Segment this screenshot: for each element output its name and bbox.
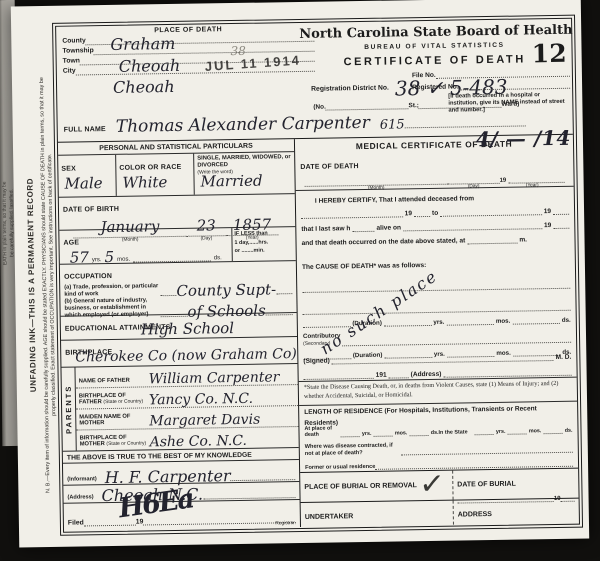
signed-block: (Signed) M. D. 191 (Address) [298, 344, 576, 382]
personal-column: PERSONAL AND STATISTICAL PARTICULARS SEX… [58, 139, 301, 531]
certificate-number: 12 [532, 39, 567, 69]
birthplace-row: BIRTHPLACE Cherokee Co (now Graham Co) [61, 337, 297, 368]
education-value: High School [141, 322, 234, 337]
margin-permanent-record-note: UNFADING INK—THIS IS A PERMANENT RECORD [23, 34, 40, 536]
race-value: White [122, 176, 167, 190]
mother-birthplace-value: Ashe Co. N.C. [150, 435, 247, 449]
occupation-a-label: (a) Trade, profession, or particular kin… [64, 283, 160, 298]
board-header-block: North Carolina State Board of Health BUR… [299, 19, 570, 118]
city-label: City [63, 67, 76, 75]
father-name-label: NAME OF FATHER [79, 378, 149, 387]
certify-block: I HEREBY CERTIFY, That I attended deceas… [296, 187, 575, 261]
death-occurred-text: and that death occurred on the date abov… [301, 237, 465, 247]
town-label: Town [63, 57, 80, 65]
signed-address-label: (Address) [411, 370, 442, 377]
file-no-row: File No. [412, 69, 570, 79]
sex-value: Male [64, 177, 102, 191]
father-birthplace-value: Yancy Co. N.C. [149, 393, 253, 407]
m-label: m. [519, 236, 527, 243]
education-row: EDUCATIONAL ATTAINMENTS High School [61, 313, 297, 341]
marital-value: Married [200, 174, 298, 189]
year-191-label: 191 [376, 371, 387, 378]
signed-label: (Signed) [303, 357, 329, 364]
sex-race-marital-row: SEX Male COLOR OR RACE White SINGLE, MAR… [58, 152, 295, 198]
ds-label: ds. [214, 255, 222, 261]
hospital-note: [If death occurred in a hospital or inst… [448, 92, 570, 116]
yrs-label: yrs. [92, 257, 102, 263]
full-name-label: FULL NAME [64, 126, 106, 134]
marital-label: SINGLE, MARRIED, WIDOWED, or DIVORCED [197, 154, 291, 169]
registrar-label: Registrar. [275, 521, 296, 526]
mother-name-label: MAIDEN NAME OF MOTHER [79, 413, 149, 428]
form-header: PLACE OF DEATH County Graham 38 Township… [56, 19, 573, 143]
bureau-title: BUREAU OF VITAL STATISTICS [299, 41, 569, 52]
town-value: Cheoah [105, 80, 175, 95]
if-less-than-box: IF LESS than 1 day,......hrs. or .......… [231, 227, 296, 261]
cause-label: The CAUSE OF DEATH* was as follows: [302, 259, 570, 270]
registered-no-row: Registered No. [412, 81, 570, 91]
md-label: M. D. [556, 353, 572, 360]
date-of-death-row: DATE OF DEATH (Month) (Day) 19 (Year) [295, 151, 574, 191]
full-name-value: Thomas Alexander Carpenter [106, 116, 370, 135]
medical-annotation: 4/ — /14 [476, 129, 571, 148]
last-saw-suffix: alive on [376, 224, 401, 231]
occupation-label: OCCUPATION [64, 273, 112, 281]
former-residence-label: Former or usual residence [305, 464, 375, 471]
checkmark: ✓ [418, 466, 445, 502]
medical-column: MEDICAL CERTIFICATE OF DEATH 4/ — /14 DA… [295, 135, 579, 527]
death-certificate-document: UNFADING INK—THIS IS A PERMANENT RECORD … [11, 0, 589, 547]
file-no-label: File No. [412, 72, 436, 79]
to-label: to [432, 210, 438, 217]
full-name-number: 615 [370, 119, 405, 131]
parents-section: PARENTS NAME OF FATHER William Carpenter… [61, 364, 298, 452]
sex-cell: SEX Male [58, 155, 117, 197]
township-label: Township [62, 47, 93, 55]
last-saw-prefix: that I last saw h [301, 225, 350, 233]
occupation-row: OCCUPATION (a) Trade, profession, or par… [60, 261, 297, 317]
dob-label: DATE OF BIRTH [63, 206, 119, 214]
age-label: AGE [63, 239, 79, 246]
full-name-row: FULL NAME Thomas Alexander Carpenter 615 [64, 113, 526, 134]
age-years-value: 57 [70, 251, 89, 265]
state-or-country-sublabel: (State or Country) [103, 399, 143, 406]
age-row: AGE 57 yrs. 5 mos. ds. IF LESS than 1 da… [59, 227, 296, 265]
occupation-a-value: County Supt- [176, 283, 276, 298]
form-columns: PERSONAL AND STATISTICAL PARTICULARS SEX… [58, 135, 579, 531]
mos-label: mos. [117, 256, 130, 262]
race-cell: COLOR OR RACE White [116, 154, 195, 196]
date-of-burial-label: DATE OF BURIAL [457, 481, 516, 489]
age-months-value: 5 [104, 251, 114, 265]
date-of-birth-row: DATE OF BIRTH January (Month) 23 (Day) 1… [59, 194, 295, 231]
parents-label: PARENTS [64, 384, 74, 433]
undertaker-address-label: ADDRESS [458, 511, 492, 519]
informant-label: (Informant) [67, 476, 97, 483]
cause-of-death-block: The CAUSE OF DEATH* was as follows: (Dur… [297, 256, 576, 348]
registered-no-label: Registered No. [412, 83, 459, 91]
mother-name-value: Margaret Davis [149, 414, 260, 428]
informant-address-label: (Address) [67, 494, 93, 501]
sex-label: SEX [61, 166, 76, 173]
race-label: COLOR OR RACE [119, 164, 181, 172]
board-title: North Carolina State Board of Health [299, 23, 569, 42]
county-label: County [62, 37, 86, 45]
father-name-value: William Carpenter [149, 372, 280, 387]
marital-cell: SINGLE, MARRIED, WIDOWED, or DIVORCED (W… [194, 152, 295, 195]
certify-text: I HEREBY CERTIFY, That I attended deceas… [301, 194, 569, 205]
contracted-label: Where was disease contracted, if not at … [305, 443, 401, 457]
burial-row: PLACE OF BURIAL OR REMOVAL ✓ DATE OF BUR… [300, 468, 578, 502]
certificate-title: CERTIFICATE OF DEATH [300, 53, 570, 69]
undertaker-label: UNDERTAKER [305, 513, 354, 521]
state-or-country-sublabel: (State or Country) [106, 441, 146, 448]
certificate-form: PLACE OF DEATH County Graham 38 Township… [55, 18, 580, 533]
date-of-death-label: DATE OF DEATH [300, 163, 358, 171]
mother-birthplace-row: BIRTHPLACE OF MOTHER (State or Country) … [76, 427, 298, 450]
in-state-label: In the State [438, 429, 472, 436]
filed-row: Filed 19 H6Ea Registrar. [64, 500, 300, 531]
at-place-label: At place of death [304, 425, 338, 438]
place-of-burial-label: PLACE OF BURIAL OR REMOVAL [304, 482, 417, 491]
birthplace-value: Cherokee Co (now Graham Co) [75, 348, 297, 364]
filed-label: Filed [68, 519, 84, 526]
